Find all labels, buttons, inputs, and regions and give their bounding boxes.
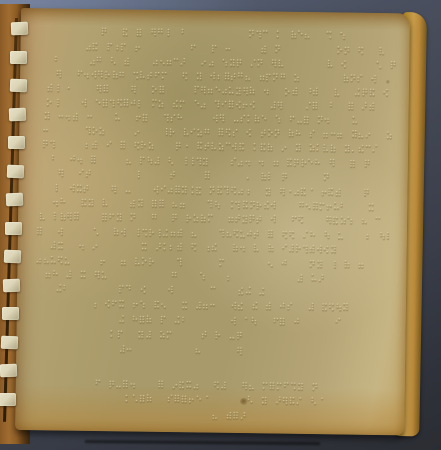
binding-tooth (6, 193, 23, 207)
braille-line (43, 126, 392, 140)
binding-tooth (4, 250, 21, 264)
binding-tooth (7, 165, 24, 179)
braille-line (212, 411, 246, 421)
braille-line (52, 155, 370, 169)
stain-spot (240, 398, 248, 405)
binding-tooth (2, 307, 19, 320)
braille-text-block (15, 8, 410, 435)
binding-tooth (9, 108, 26, 122)
braille-line (55, 56, 396, 70)
braille-line (120, 345, 243, 356)
braille-line (94, 299, 348, 312)
braille-line (56, 70, 376, 84)
braille-line (45, 112, 358, 126)
braille-line (119, 315, 341, 327)
braille-line (53, 198, 374, 212)
braille-book-photo (0, 0, 441, 450)
braille-line (125, 394, 323, 406)
binding-tooth (11, 22, 28, 36)
binding-tooth (10, 79, 27, 93)
stain-spot (386, 80, 390, 84)
braille-line (110, 330, 242, 341)
braille-line (47, 98, 375, 112)
braille-line (47, 84, 388, 98)
braille-line (43, 140, 378, 154)
braille-line (40, 212, 381, 226)
braille-line (51, 241, 337, 254)
braille-line (55, 184, 369, 198)
braille-line (86, 42, 385, 56)
braille-line (95, 379, 317, 391)
binding-tooth (5, 222, 22, 235)
binding-tooth (3, 279, 20, 293)
braille-line (45, 270, 324, 283)
binding-tooth (0, 364, 17, 378)
braille-line (101, 27, 345, 40)
braille-line (58, 169, 329, 182)
binding-tooth (0, 393, 16, 406)
binding-tooth (8, 136, 25, 149)
book-page (15, 8, 410, 435)
binding-tooth (1, 336, 18, 350)
binding-tooth (10, 51, 27, 64)
braille-line (36, 256, 364, 270)
braille-line (56, 284, 264, 296)
braille-line (37, 227, 389, 241)
